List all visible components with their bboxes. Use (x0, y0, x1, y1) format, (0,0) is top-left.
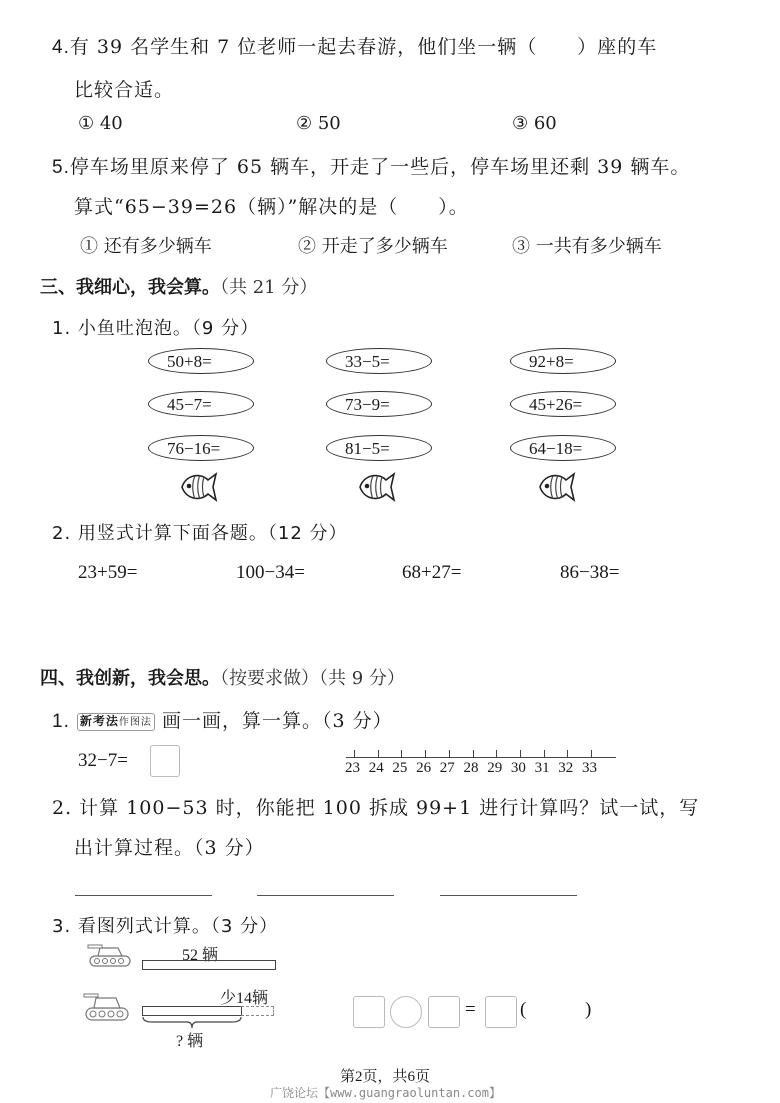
number-line-tick (473, 750, 474, 757)
question-label: ? 辆 (176, 1028, 203, 1051)
fish-icon (536, 470, 578, 504)
section4-title: 四、我创新，我会思。 (40, 668, 220, 689)
section3-heading: 三、我细心，我会算。（共 21 分） (40, 273, 317, 299)
section3-points: （共 21 分） (220, 277, 317, 298)
unit-paren-open: ( (520, 999, 526, 1021)
equals-sign: = (465, 999, 476, 1021)
bubble: 45−7= (148, 391, 254, 417)
tank-icon (82, 990, 132, 1024)
number-line-label: 29 (487, 760, 502, 777)
number-line-axis (346, 757, 616, 758)
answer-line-2[interactable] (257, 895, 394, 896)
s3-q1-label: 1. 小鱼吐泡泡。（9 分） (52, 314, 259, 340)
q4-option-2[interactable]: ② 50 (296, 113, 341, 134)
bubble: 92+8= (510, 348, 616, 374)
number-line-label: 24 (369, 760, 384, 777)
s4-q3-label: 3. 看图列式计算。（3 分） (52, 912, 278, 938)
q4-number: 4. (52, 37, 70, 58)
bubble: 76−16= (148, 435, 254, 461)
bubble: 73−9= (326, 391, 432, 417)
s4-q1-line: 1. 新考法作图法 画一画，算一算。（3 分） (52, 706, 393, 733)
answer-line-1[interactable] (75, 895, 212, 896)
number-line-tick (591, 750, 592, 757)
bubble: 81−5= (326, 435, 432, 461)
q5-line2: 算式“65−39=26（辆）”解决的是（ ）。 (74, 192, 469, 219)
result-box[interactable] (485, 996, 517, 1028)
badge-sub: 作图法 (119, 717, 152, 728)
tank-icon (86, 940, 134, 970)
number-line-tick (378, 750, 379, 757)
equation-box-1[interactable] (353, 996, 385, 1028)
number-line-tick (354, 750, 355, 757)
watermark: 广饶论坛【www.guangraoluntan.com】 (270, 1084, 501, 1101)
vertical-calc-2: 100−34= (236, 562, 305, 584)
number-line-label: 27 (440, 760, 455, 777)
answer-box[interactable] (150, 745, 180, 777)
q4-option-1[interactable]: ① 40 (78, 113, 123, 134)
number-line-tick (425, 750, 426, 757)
vertical-calc-3: 68+27= (402, 562, 461, 584)
section4-heading: 四、我创新，我会思。（按要求做）（共 9 分） (40, 664, 405, 690)
operator-circle[interactable] (390, 996, 422, 1028)
number-line-label: 30 (511, 760, 526, 777)
bubble: 64−18= (510, 435, 616, 461)
bar-part (142, 1006, 242, 1016)
number-line-tick (496, 750, 497, 757)
q5-number: 5. (52, 157, 70, 178)
number-line-label: 28 (464, 760, 479, 777)
bubble: 45+26= (510, 391, 616, 417)
s4-q2-line1: 2. 计算 100−53 时，你能把 100 拆成 99+1 进行计算吗？试一试… (52, 793, 699, 820)
bubble: 33−5= (326, 348, 432, 374)
number-line-label: 32 (558, 760, 573, 777)
number-line-label: 25 (392, 760, 407, 777)
s4-q1-label: 画一画，算一算。（3 分） (162, 710, 393, 732)
q4-line2: 比较合适。 (74, 75, 174, 102)
s4-q1-number: 1. (52, 711, 70, 732)
q5-option-1[interactable]: ① 还有多少辆车 (80, 232, 212, 258)
s3-q2-label: 2. 用竖式计算下面各题。（12 分） (52, 519, 348, 545)
badge-main: 新考法 (80, 714, 119, 728)
q5-option-2[interactable]: ② 开走了多少辆车 (298, 232, 448, 258)
bubble: 50+8= (148, 348, 254, 374)
number-line-label: 31 (535, 760, 550, 777)
vertical-calc-4: 86−38= (560, 562, 619, 584)
number-line-tick (567, 750, 568, 757)
fish-icon (178, 470, 220, 504)
number-line-label: 33 (582, 760, 597, 777)
number-line-label: 26 (416, 760, 431, 777)
answer-line-3[interactable] (440, 895, 577, 896)
new-method-badge: 新考法作图法 (77, 713, 155, 731)
section4-points: （按要求做）（共 9 分） (220, 668, 405, 689)
q5-text: 停车场里原来停了 65 辆车，开走了一些后，停车场里还剩 39 辆车。 (70, 156, 691, 178)
number-line: 2324252627282930313233 (346, 748, 616, 788)
bar-total (142, 960, 276, 970)
s4-q1-expression: 32−7= (78, 750, 128, 772)
bar-missing-dashed (241, 1006, 274, 1016)
section3-title: 三、我细心，我会算。 (40, 277, 220, 298)
vertical-calc-1: 23+59= (78, 562, 137, 584)
s4-q2-line2: 出计算过程。（3 分） (74, 833, 265, 860)
q4-line1: 4.有 39 名学生和 7 位老师一起去春游，他们坐一辆（ ）座的车 (52, 32, 657, 59)
q5-option-3[interactable]: ③ 一共有多少辆车 (512, 232, 662, 258)
number-line-tick (520, 750, 521, 757)
fish-icon (356, 470, 398, 504)
number-line-tick (544, 750, 545, 757)
number-line-label: 23 (345, 760, 360, 777)
q4-option-3[interactable]: ③ 60 (512, 113, 557, 134)
equation-box-2[interactable] (428, 996, 460, 1028)
number-line-tick (449, 750, 450, 757)
unit-paren-close: ) (585, 999, 591, 1021)
number-line-tick (401, 750, 402, 757)
page-number: 第2页，共6页 (340, 1065, 430, 1086)
q4-text: 有 39 名学生和 7 位老师一起去春游，他们坐一辆（ ）座的车 (70, 36, 657, 58)
bar2-label: 少14辆 (220, 985, 268, 1008)
q5-line1: 5.停车场里原来停了 65 辆车，开走了一些后，停车场里还剩 39 辆车。 (52, 152, 690, 179)
